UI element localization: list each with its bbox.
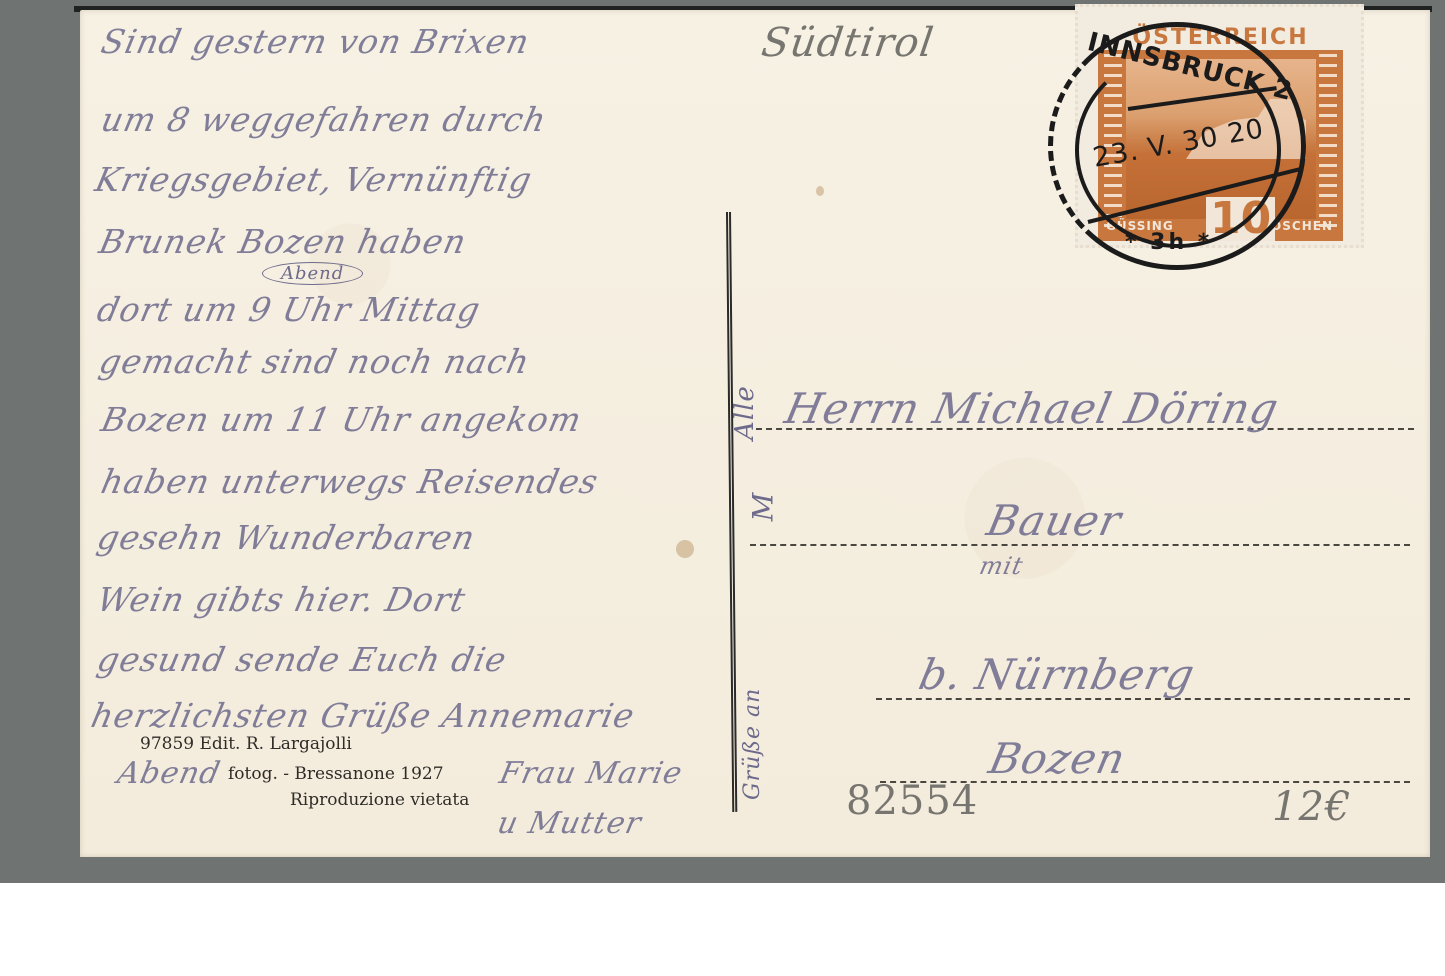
message-line: haben unterwegs Reisendes — [98, 462, 602, 501]
signature-line: Frau Marie — [496, 756, 686, 791]
message-line: herzlichsten Grüße Annemarie — [88, 696, 639, 735]
message-line: dort um 9 Uhr Mittag — [94, 290, 484, 329]
margin-note: Alle — [730, 385, 760, 440]
message-line: Brunek Bozen haben — [96, 222, 470, 261]
message-line: gesehn Wunderbaren — [94, 518, 479, 557]
photographer-imprint: fotog. - Bressanone 1927 — [228, 764, 444, 784]
message-line: gemacht sind noch nach — [96, 342, 534, 381]
address-locality: b. Nürnberg — [915, 650, 1200, 699]
publisher-imprint: 97859 Edit. R. Largajolli — [140, 734, 352, 754]
signature-line: u Mutter — [494, 806, 645, 841]
message-line: Kriegsgebiet, Vernünftig — [92, 160, 536, 199]
signature-line: Abend — [114, 756, 224, 791]
region-label: Südtirol — [759, 20, 937, 66]
postmark-hour: * 3h * — [1125, 230, 1212, 255]
message-line: Bozen um 11 Uhr angekom — [98, 400, 586, 439]
address-city: Bozen — [985, 734, 1131, 783]
stain — [676, 540, 694, 558]
message-line: gesund sende Euch die — [94, 640, 511, 679]
margin-note: Grüße an — [740, 688, 765, 800]
stain — [816, 186, 824, 196]
address-sub: mit — [977, 552, 1026, 580]
message-line: Sind gestern von Brixen — [98, 22, 533, 61]
message-line: um 8 weggefahren durch — [98, 100, 550, 139]
message-line: Wein gibts hier. Dort — [94, 580, 470, 619]
message-insert: Abend — [262, 262, 363, 285]
margin-note: M — [746, 492, 779, 522]
catalog-number: 82554 — [846, 778, 978, 824]
price-note: 12€ — [1272, 784, 1351, 830]
address-occupation: Bauer — [983, 496, 1126, 545]
reproduction-notice: Riproduzione vietata — [290, 790, 469, 810]
address-recipient: Herrn Michael Döring — [781, 384, 1284, 433]
